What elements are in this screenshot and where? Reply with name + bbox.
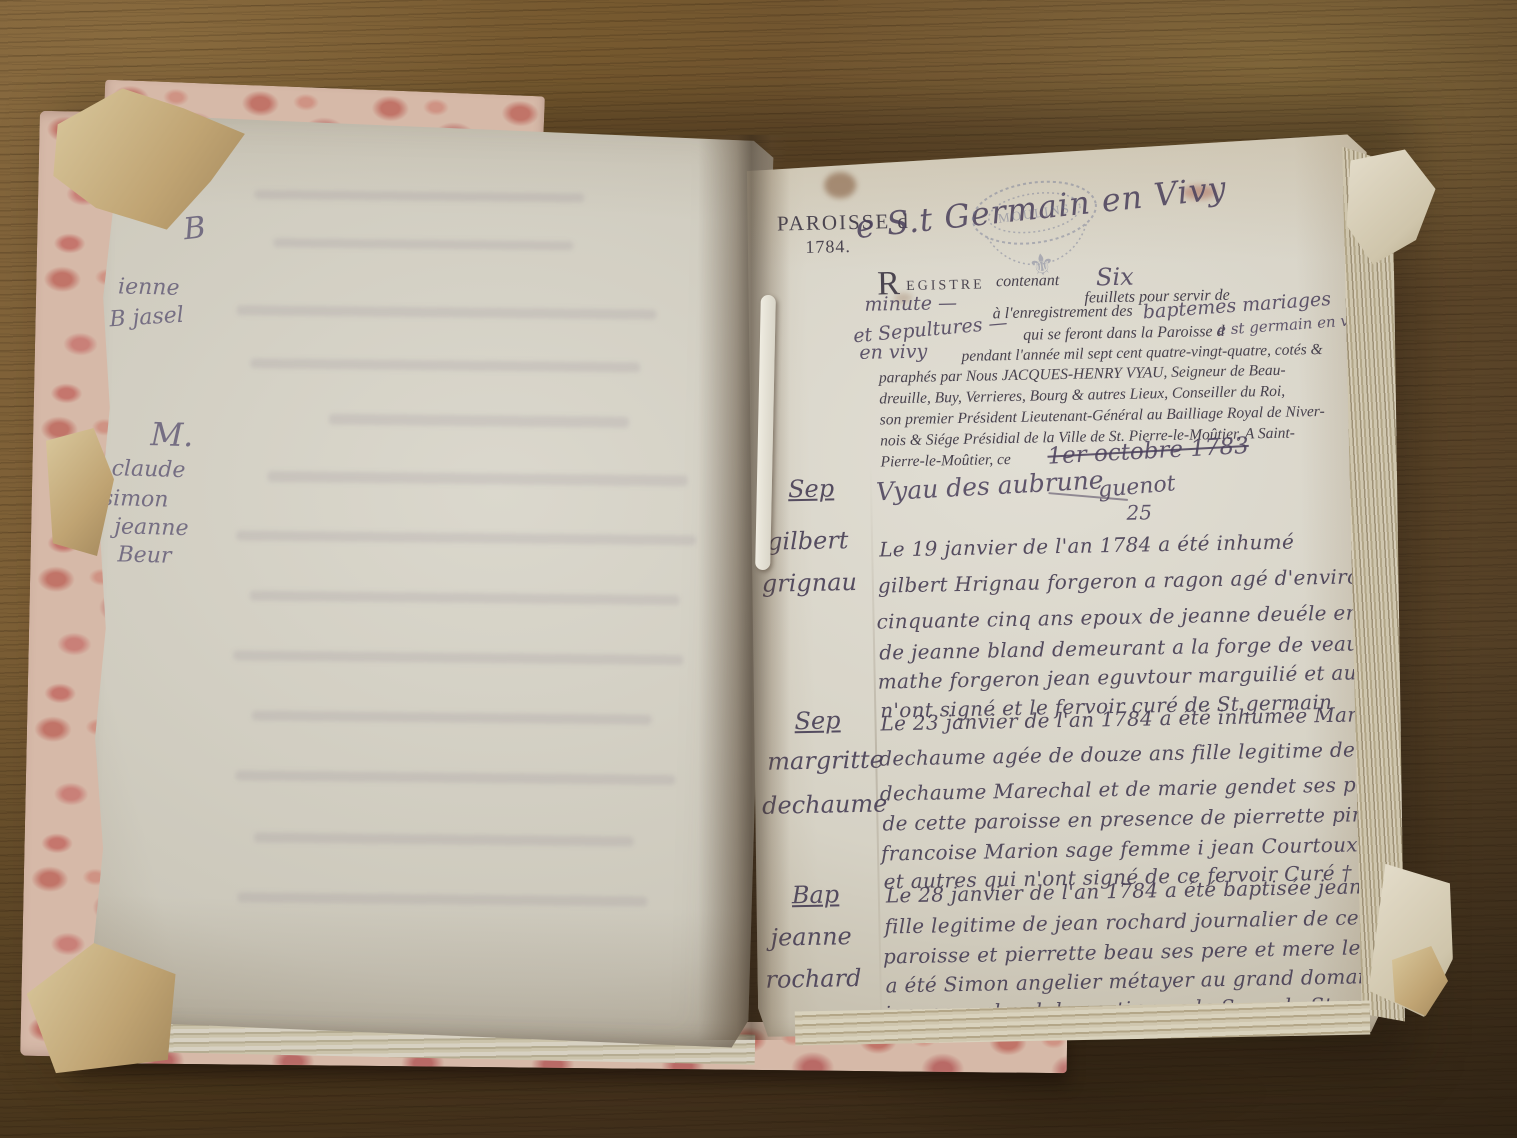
ghost-line [254,190,584,202]
ghost-line [233,650,683,665]
page-year: 1784. [805,236,851,258]
left-margin-note: B jasel [109,303,185,333]
register-printed: qui se feront dans la Paroisse d [1023,323,1225,345]
ghost-line [237,305,657,319]
register-hand-six: Six [1096,263,1134,292]
register-hand-envivy: en vivy [859,341,927,364]
left-margin-note: jeanne [114,514,189,541]
left-margin-note: claude [111,456,185,483]
entry-margin-note: Bap [792,880,840,909]
ghost-line [235,770,675,785]
entry-margin-note: Sep [794,706,841,735]
ghost-line [267,471,687,486]
stamp-text: MOULINS [997,201,1072,226]
ghost-line [237,892,647,906]
entry-text-line: mathe forgeron jean eguvtour marguilié e… [878,659,1438,694]
register-printed: contenant [996,272,1059,291]
entry-text-line: gilbert Hrignau forgeron a ragon agé d'e… [878,564,1373,597]
ink-stain [824,172,856,199]
right-page: PAROISSE d 1784. e S.t Germain en Vivy M… [741,134,1386,1044]
left-margin-note: simon [102,486,169,513]
ghost-line [273,238,573,250]
photo-of-parish-register: B ienne B jasel M. claude simon jeanne B… [0,0,1517,1138]
entry-text-line: fille legitime de jean rochard journalie… [884,905,1388,939]
register-hand-minute: minute — [864,292,957,316]
signature-vyau: Vyau des aubrune [875,465,1104,506]
signature-guenot: guenot [1097,471,1176,503]
register-printed: Pierre-le-Moûtier, ce [880,451,1011,471]
ghost-line [250,358,640,372]
ghost-line [252,711,652,725]
ghost-line [236,530,696,545]
left-margin-note: M. [150,415,194,454]
entry-text-line: dechaume agée de douze ans fille legitim… [879,736,1421,770]
entry-text-line: de jeanne bland demeurant a la forge de … [879,630,1422,664]
ghost-line [254,832,634,846]
book-gutter [698,135,790,1040]
entry-text-line: de cette paroisse en presence de pierret… [882,802,1404,836]
left-margin-note: Beur [117,542,171,568]
entry-margin-note: Sep [788,474,835,503]
ghost-line [329,414,629,428]
left-page: B ienne B jasel M. claude simon jeanne B… [84,114,774,1048]
left-margin-note: ienne [118,274,180,300]
ghost-line [250,591,680,606]
entry-text-line: Le 19 janvier de l'an 1784 a été inhumé [879,530,1294,562]
left-margin-note: B [182,210,208,247]
signature-paraph: 25 [1126,500,1152,524]
register-printed: à l'enregistrement des [993,303,1133,324]
